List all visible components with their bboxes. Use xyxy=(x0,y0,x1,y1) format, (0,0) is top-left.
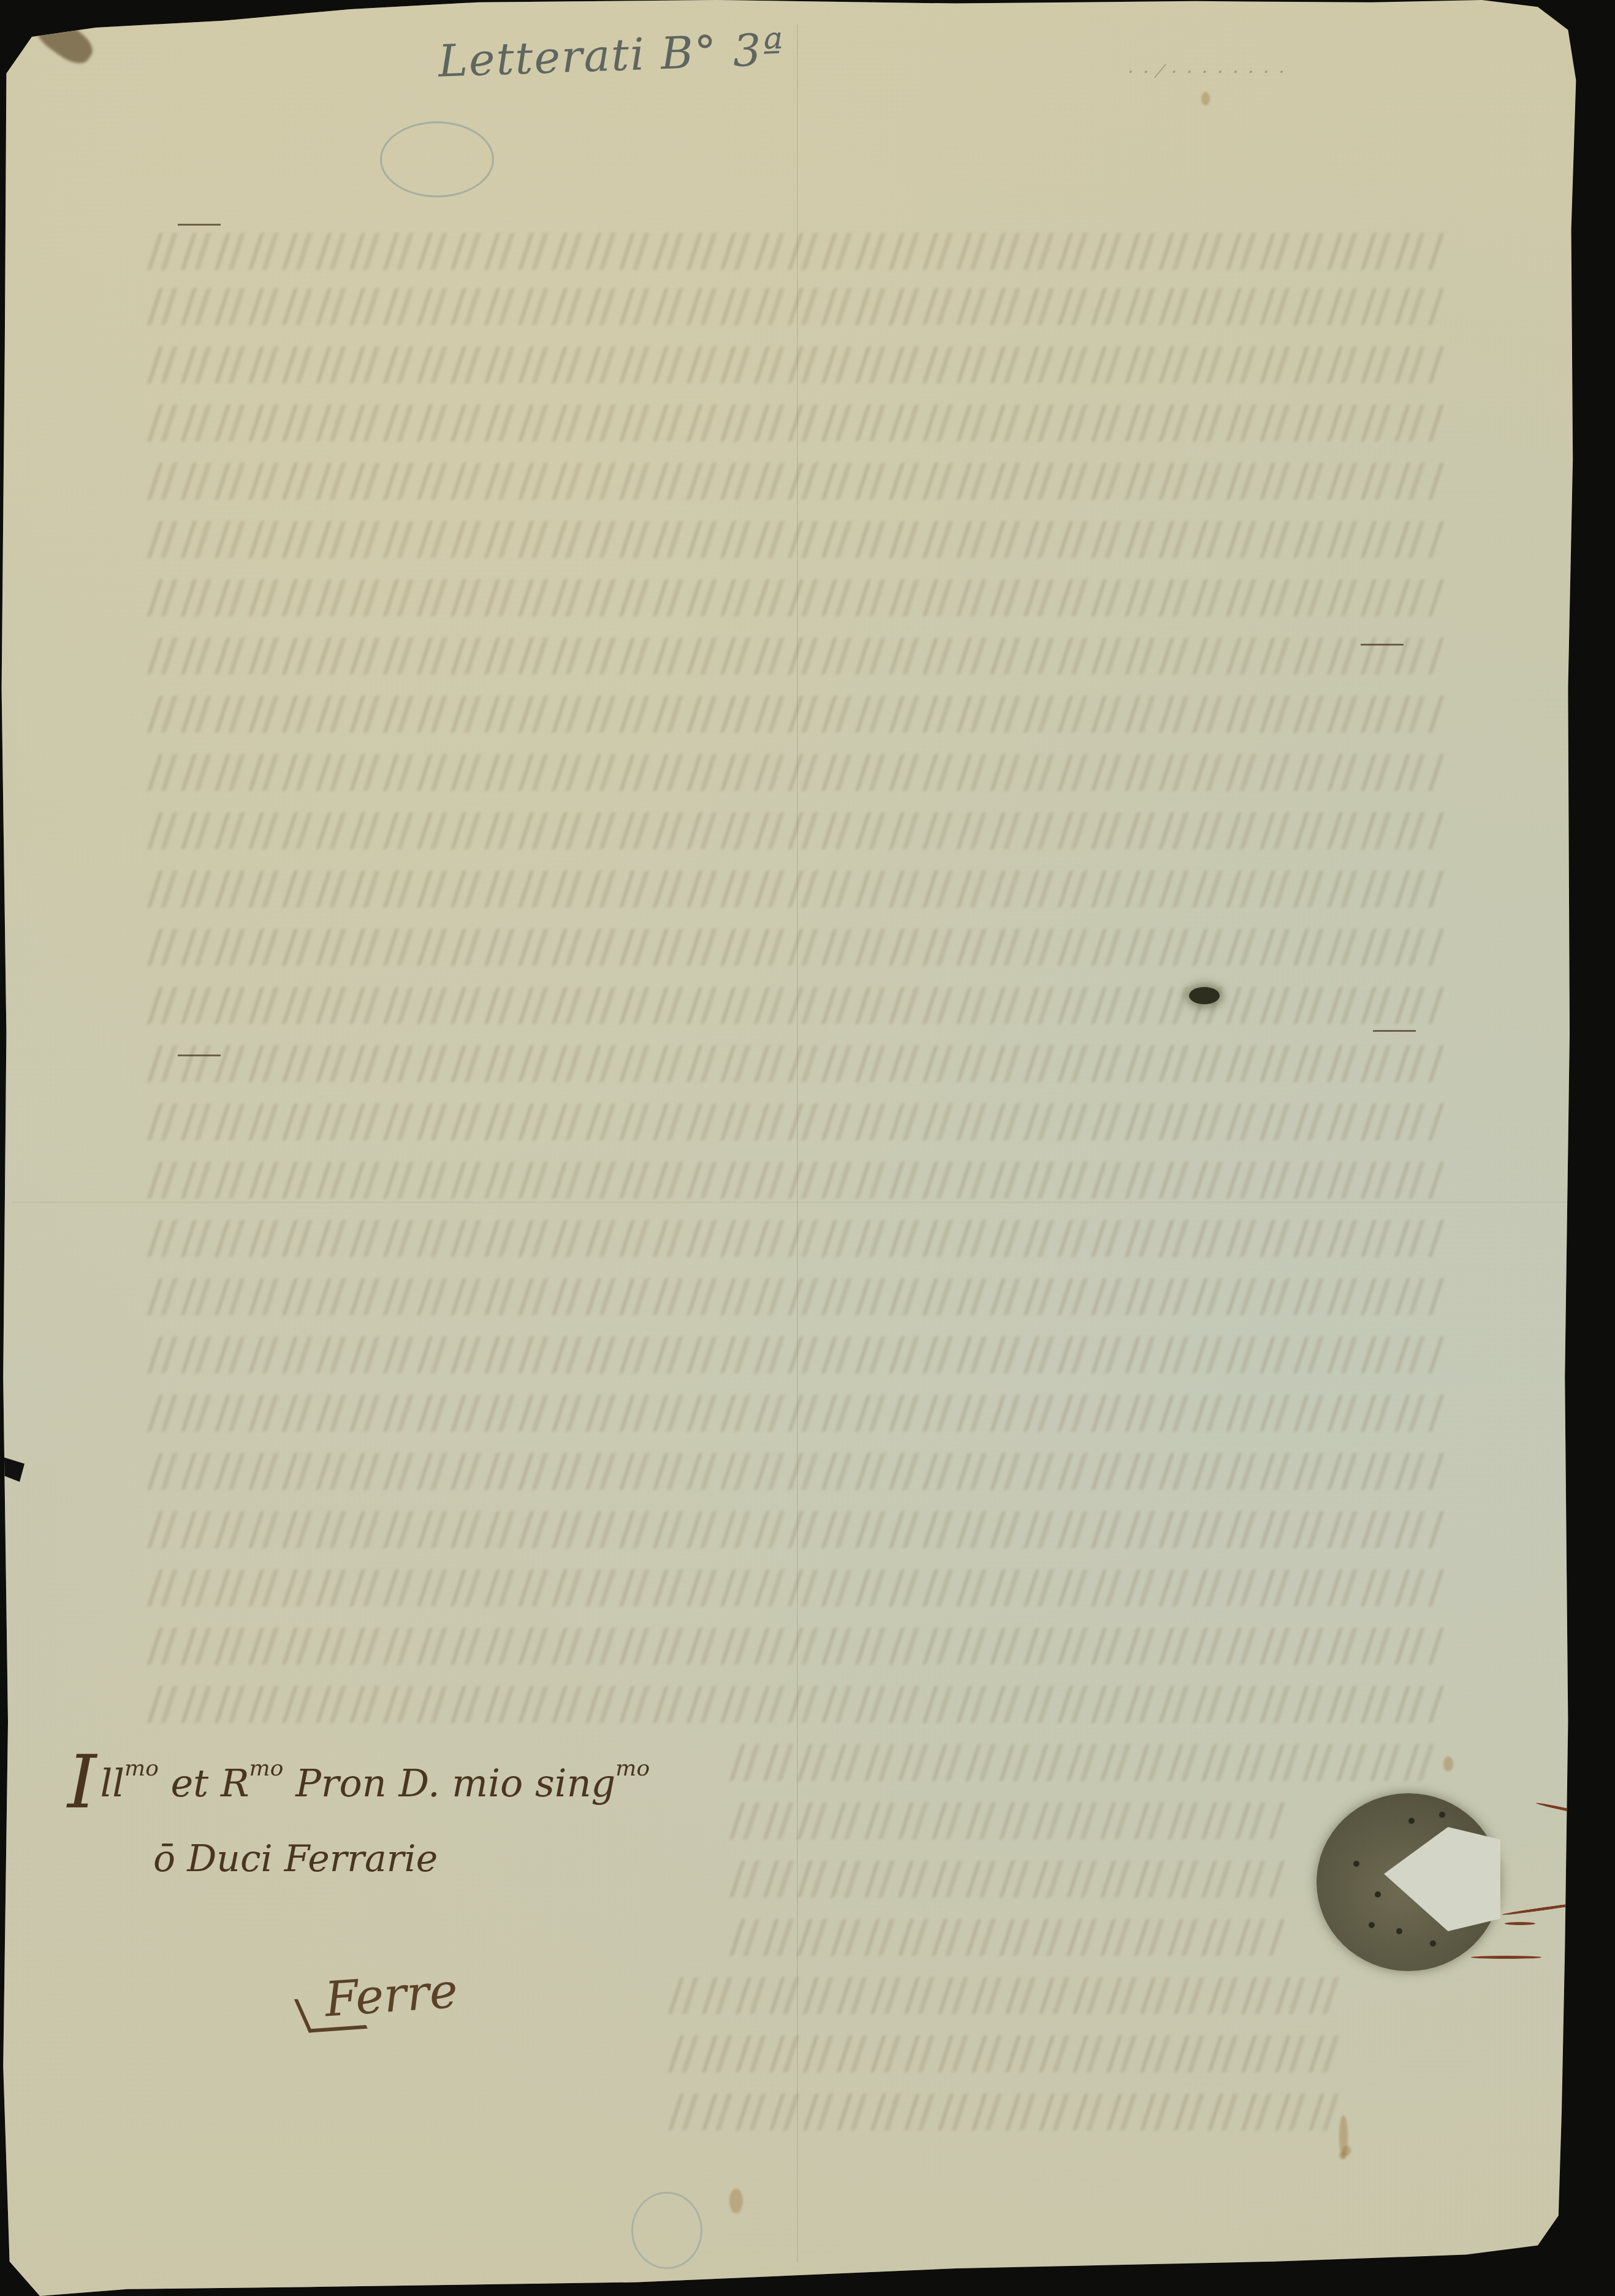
bleed-through-line xyxy=(729,1744,1446,1781)
address-initial: I xyxy=(67,1740,96,1825)
bleed-through-line xyxy=(668,2035,1354,2072)
seal-string xyxy=(1505,1922,1535,1925)
seal-string xyxy=(1536,1802,1603,1819)
superscript: mo xyxy=(124,1756,159,1781)
paper-damage-hole xyxy=(0,1456,25,1482)
bleed-through-line xyxy=(147,1628,1446,1665)
bleed-through-line xyxy=(147,1569,1446,1606)
bleed-through-line xyxy=(147,463,1446,500)
bleed-through-line xyxy=(729,1919,1293,1956)
address-text: ll xyxy=(100,1761,124,1806)
bleed-through-line xyxy=(147,233,1446,270)
margin-mark xyxy=(1361,644,1404,646)
bleed-through-line xyxy=(147,1104,1446,1140)
bleed-through-line xyxy=(147,696,1446,733)
address-block: Illmo et Rmo Pron D. mio singmo ō Duci F… xyxy=(67,1729,650,1880)
stain xyxy=(1443,1756,1453,1771)
bleed-through-line xyxy=(147,1453,1446,1490)
seal-speck xyxy=(1408,1818,1415,1824)
bleed-through-line xyxy=(147,1511,1446,1548)
bleed-through-line xyxy=(147,1395,1446,1432)
seal-speck xyxy=(1439,1812,1445,1818)
stain xyxy=(729,2189,743,2213)
bleed-through-line xyxy=(668,2094,1354,2130)
margin-mark xyxy=(1373,1030,1416,1032)
seal-string xyxy=(1471,1956,1541,1959)
seal-speck xyxy=(1396,1928,1402,1934)
bleed-through-line xyxy=(147,346,1446,383)
fold-line-horizontal xyxy=(12,1202,1581,1203)
bleed-through-line xyxy=(147,638,1446,674)
wax-seal-remnant xyxy=(1317,1793,1500,1971)
address-line-2: ō Duci Ferrarie xyxy=(153,1837,650,1880)
bleed-through-line xyxy=(147,871,1446,907)
bleed-through-line xyxy=(147,987,1446,1024)
corner-stain xyxy=(31,10,99,70)
superscript: mo xyxy=(615,1756,650,1781)
signature: Ferre xyxy=(323,1964,460,2028)
stain xyxy=(1339,2115,1348,2158)
bleed-through-line xyxy=(147,1162,1446,1199)
seal-speck xyxy=(1369,1922,1375,1928)
bleed-through-line xyxy=(147,812,1446,849)
manuscript-page: Letterati B° 3ª · · ⁄ · · · · · · · · Il… xyxy=(0,0,1594,2296)
bleed-through-line xyxy=(668,1977,1354,2014)
bleed-through-line xyxy=(147,521,1446,558)
seal-string xyxy=(1502,1901,1593,1917)
stain xyxy=(1333,2281,1349,2295)
margin-mark xyxy=(178,1055,221,1056)
address-line-1: Illmo et Rmo Pron D. mio singmo xyxy=(67,1729,650,1814)
archival-pencil-note: Letterati B° 3ª xyxy=(438,23,785,87)
bleed-through-line xyxy=(147,1337,1446,1373)
bleed-through-line xyxy=(147,579,1446,616)
seal-speck xyxy=(1430,1940,1436,1947)
bleed-through-line xyxy=(147,1686,1446,1723)
bleed-through-line xyxy=(729,1861,1293,1897)
seal-speck xyxy=(1353,1861,1359,1867)
bleed-through-line xyxy=(147,405,1446,441)
margin-mark xyxy=(178,224,221,226)
bleed-through-line xyxy=(147,929,1446,966)
address-text: Pron D. mio sing xyxy=(283,1761,615,1806)
ink-blot xyxy=(1189,987,1220,1004)
superscript: mo xyxy=(249,1756,284,1781)
archive-stamp-top xyxy=(380,121,494,197)
seal-speck xyxy=(1375,1891,1381,1897)
bleed-through-line xyxy=(147,754,1446,791)
bleed-through-line xyxy=(147,288,1446,325)
bleed-through-line xyxy=(729,1802,1293,1839)
stain xyxy=(1201,92,1210,105)
archive-stamp-bottom xyxy=(631,2192,702,2269)
bleed-through-line xyxy=(147,1278,1446,1315)
bleed-through-line xyxy=(147,1220,1446,1257)
address-text: et R xyxy=(171,1761,249,1806)
faint-top-right-note: · · ⁄ · · · · · · · · xyxy=(1128,61,1286,83)
bleed-through-line xyxy=(147,1045,1446,1082)
